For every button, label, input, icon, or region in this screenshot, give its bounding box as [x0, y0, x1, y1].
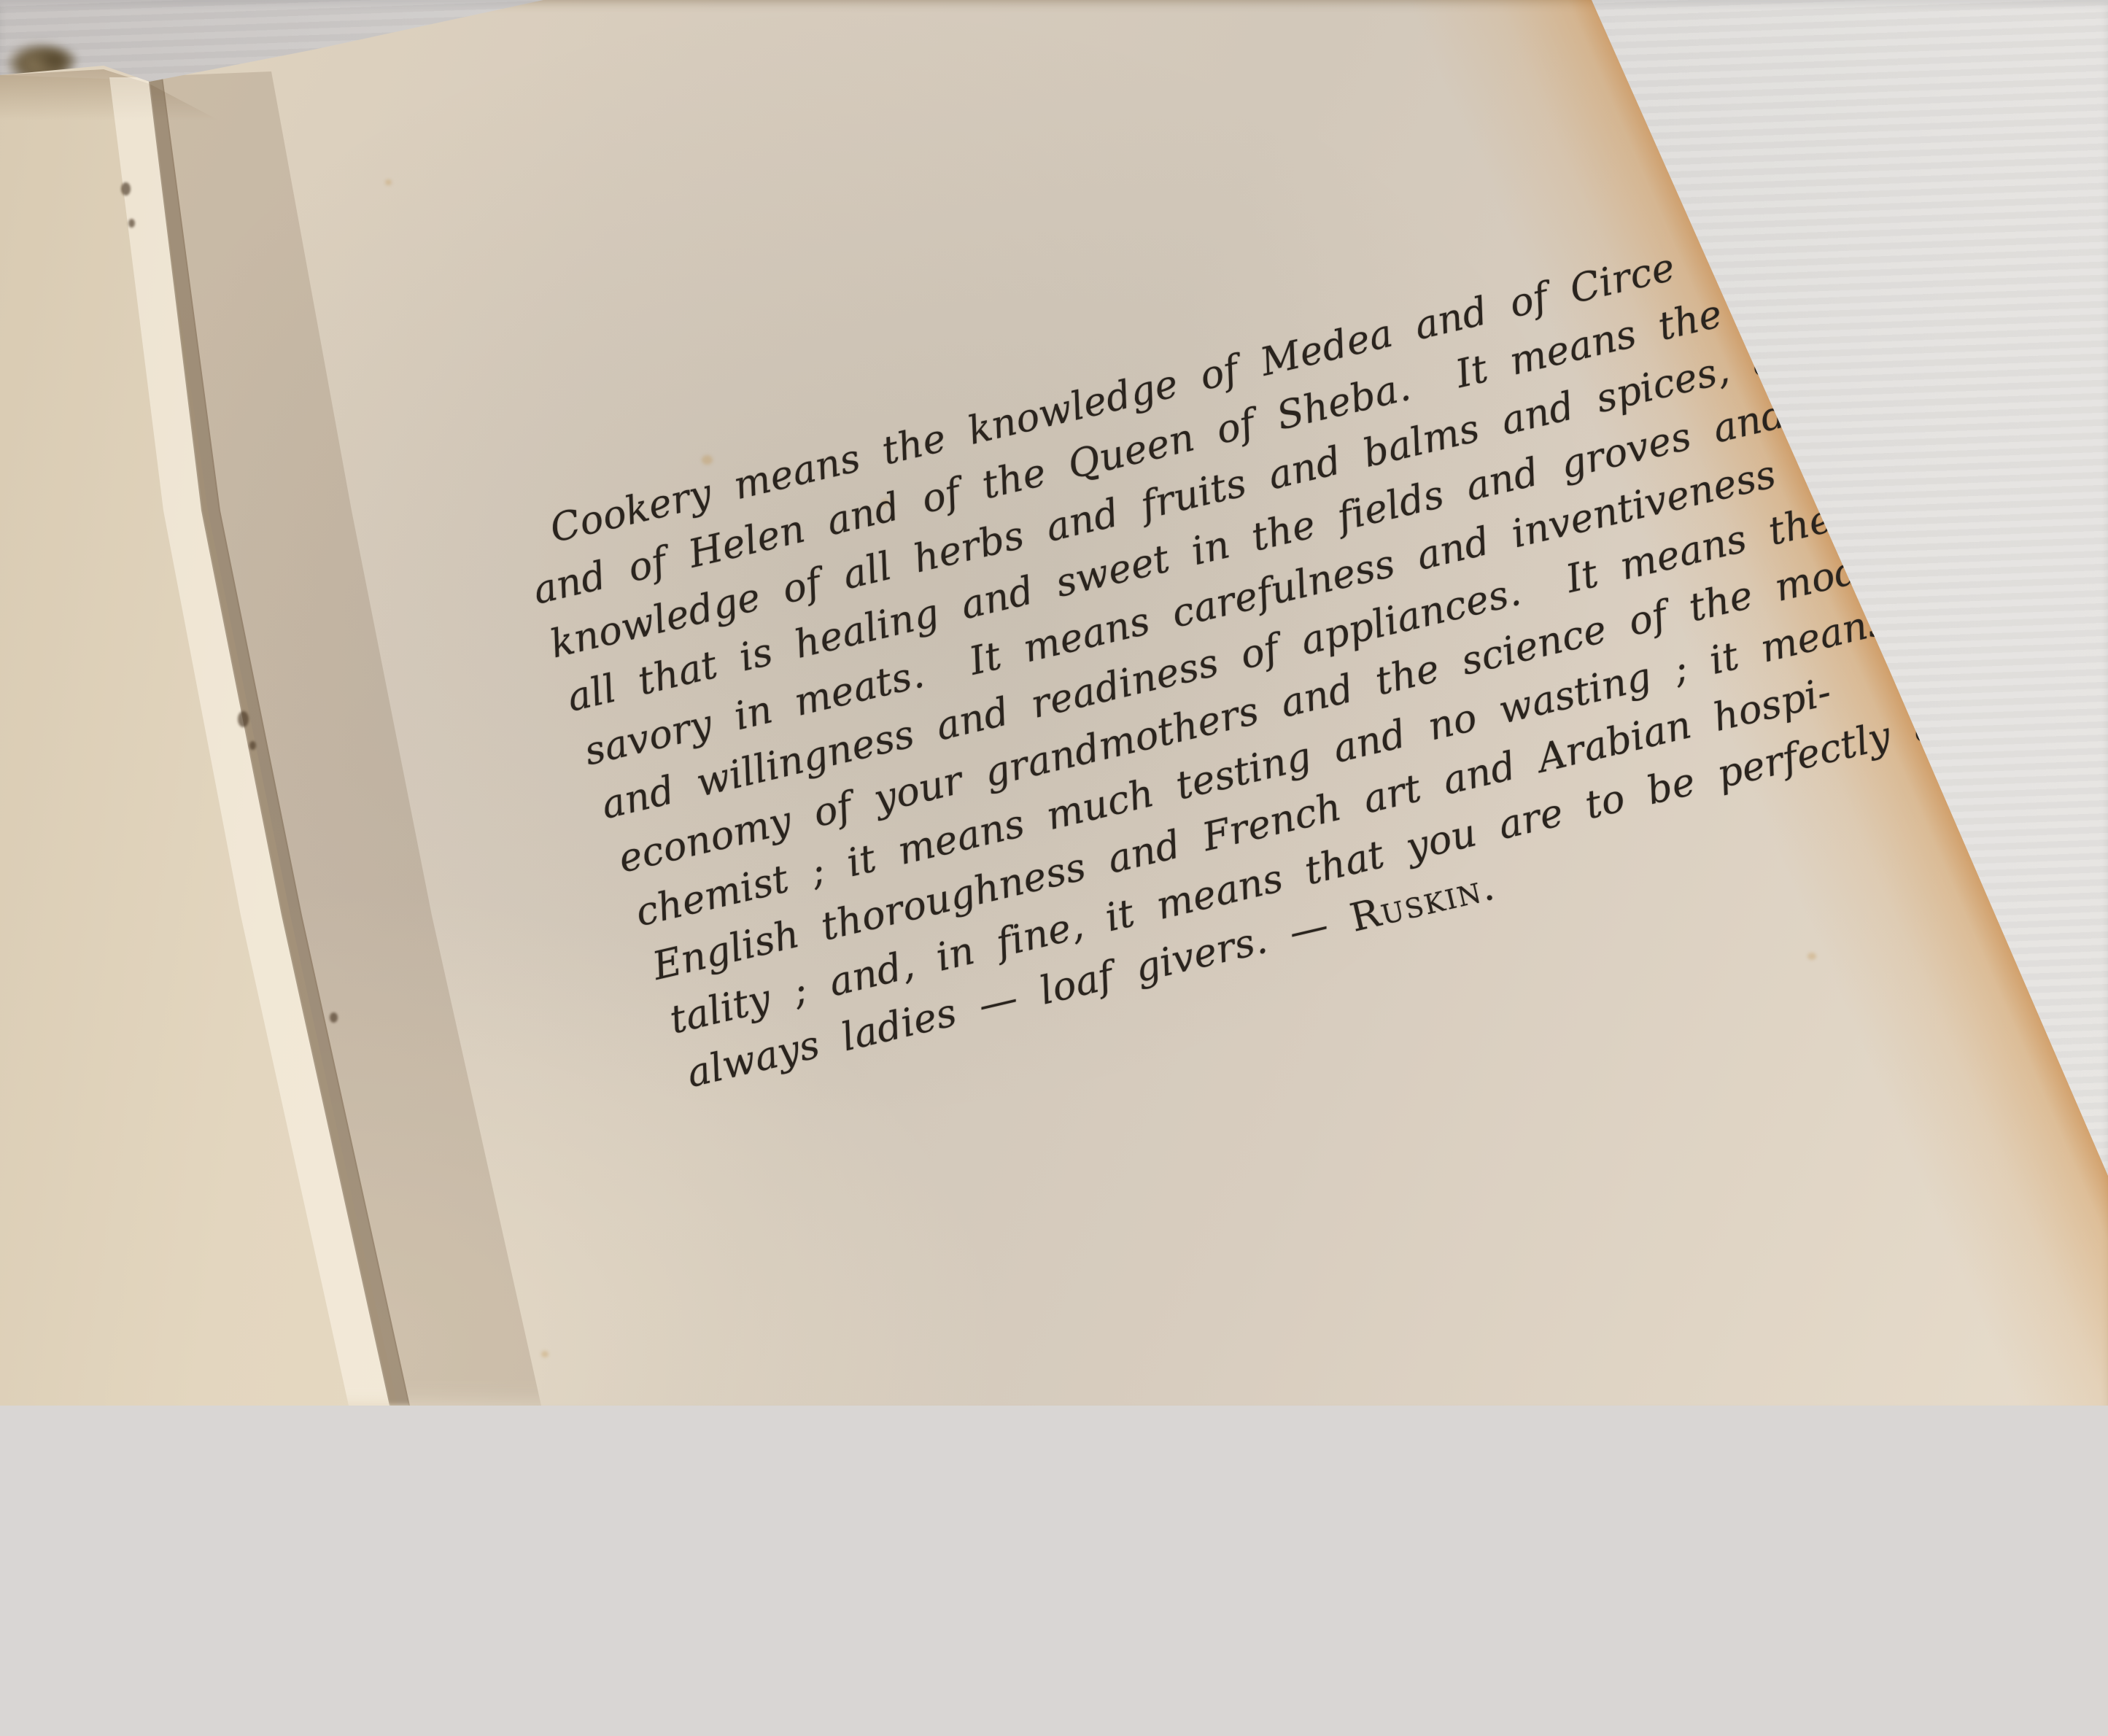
foxing-spot	[541, 1351, 549, 1357]
book-photo-scene: Cookery means the knowledge of Medea and…	[0, 0, 2108, 1406]
foxing-spot	[385, 179, 392, 185]
gutter-speck	[121, 182, 131, 195]
gutter-speck	[330, 1012, 338, 1023]
foxing-spot	[1807, 953, 1816, 960]
gutter-speck	[128, 219, 135, 228]
gutter-speck	[238, 711, 249, 727]
gutter-speck	[249, 741, 256, 750]
